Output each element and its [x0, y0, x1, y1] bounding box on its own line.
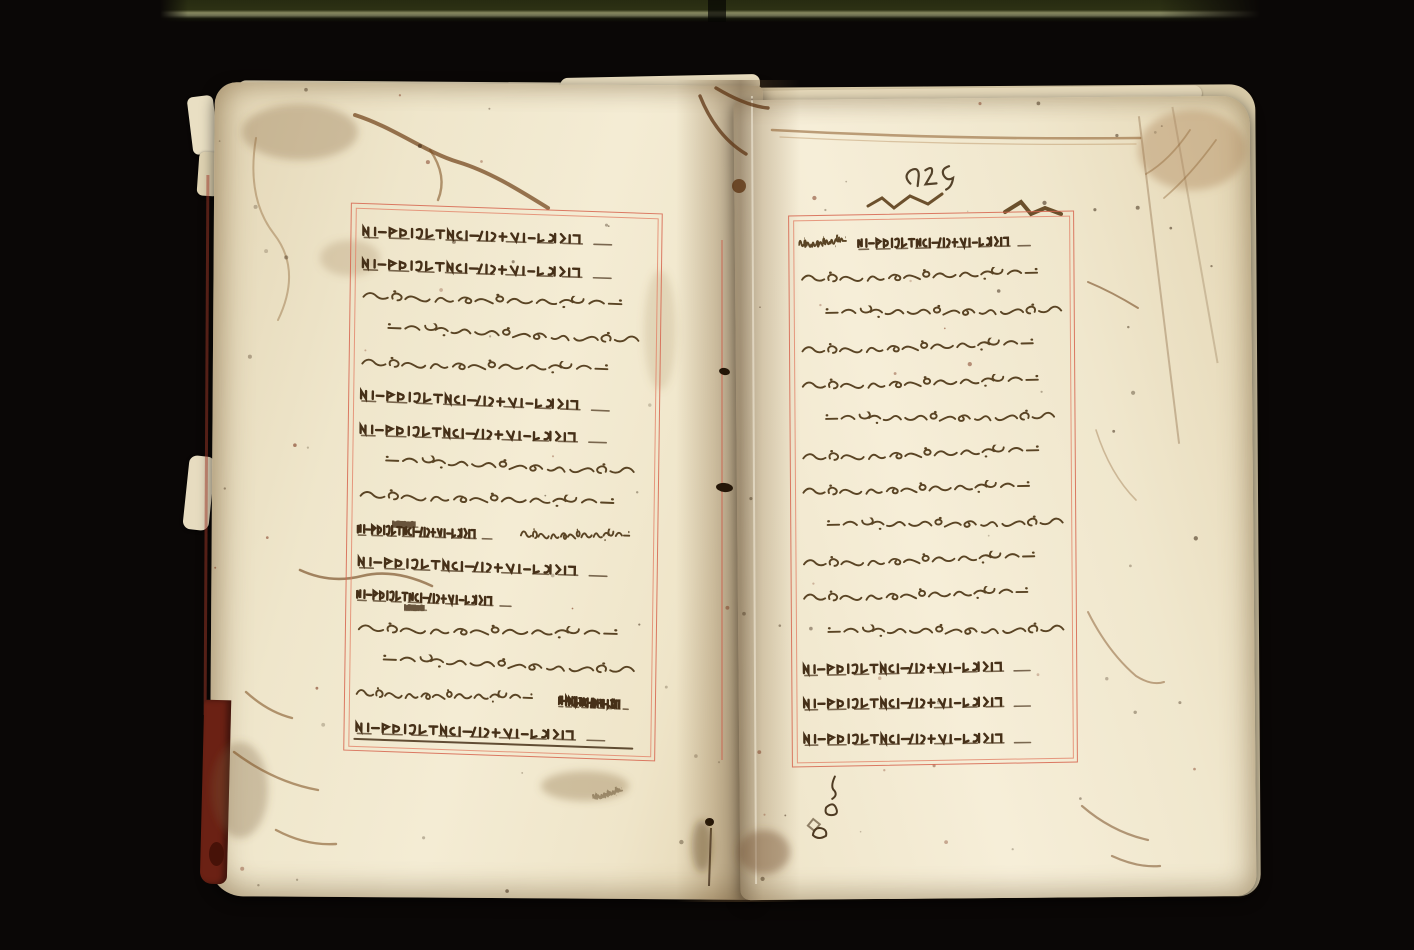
script-line-perso — [359, 320, 642, 347]
manuscript-line — [799, 293, 1065, 332]
script-line-perso — [801, 620, 1067, 642]
binding-stitch-dot — [705, 818, 714, 826]
script-line-sharada — [356, 518, 514, 543]
manuscript-line — [802, 718, 1068, 757]
script-line-perso — [355, 620, 647, 645]
right-text-block — [788, 211, 1078, 768]
interlinear-gloss — [404, 602, 430, 612]
folio-number-strokes — [894, 155, 963, 201]
manuscript-line — [800, 470, 1066, 509]
cover-damage-spot — [209, 842, 224, 866]
manuscript-line — [800, 434, 1066, 473]
script-line-sharada — [358, 419, 647, 448]
catchword-mark: illegible-scribal-catchword — [789, 769, 856, 845]
script-line-sharada — [355, 583, 536, 610]
script-line-perso — [800, 549, 1061, 571]
script-line-sharada — [360, 220, 652, 249]
manuscript-line — [801, 611, 1067, 650]
script-line-sharada — [856, 228, 1058, 253]
manuscript-line — [801, 647, 1067, 686]
red-cover-edge-line — [204, 175, 210, 715]
interlinear-gloss — [392, 518, 422, 529]
manuscript-line — [798, 257, 1064, 296]
script-line-sharada — [557, 690, 639, 713]
script-line-perso — [357, 453, 637, 479]
manuscript-line — [799, 399, 1065, 438]
manuscript-line — [799, 328, 1065, 367]
catchword-strokes — [789, 769, 856, 845]
script-line-perso — [801, 585, 1054, 605]
script-line-perso — [359, 287, 651, 315]
left-text-block — [343, 203, 663, 762]
manuscript-photo: ५२६ illegible-scribal-catchword — [0, 0, 1414, 950]
manuscript-line — [799, 363, 1065, 402]
gutter-red-hairline — [721, 240, 723, 760]
script-line-perso — [799, 407, 1057, 429]
manuscript-line — [800, 540, 1066, 579]
script-line-perso — [799, 336, 1060, 358]
script-line-perso — [798, 234, 851, 251]
script-line-perso — [357, 486, 643, 513]
script-line-perso — [798, 266, 1064, 287]
script-line-perso — [800, 479, 1055, 499]
folio-number: ५२६ — [894, 155, 963, 201]
script-line-sharada — [360, 253, 652, 283]
manuscript-line — [801, 682, 1067, 721]
script-line-perso — [799, 372, 1065, 393]
script-line-sharada — [356, 551, 648, 581]
script-line-perso — [800, 443, 1066, 465]
manuscript-line — [801, 576, 1067, 615]
script-line-sharada — [358, 384, 650, 416]
script-line-perso — [354, 685, 553, 709]
table-edge-shadow-notch — [708, 0, 726, 22]
left-manuscript-lines — [353, 214, 652, 750]
script-line-sharada — [801, 689, 1067, 714]
manuscript-line — [800, 505, 1066, 544]
script-line-perso — [800, 513, 1066, 535]
script-line-perso — [519, 526, 642, 546]
manuscript-line — [798, 222, 1064, 261]
script-line-perso — [799, 301, 1065, 323]
script-line-sharada — [801, 653, 1067, 679]
right-manuscript-lines — [798, 222, 1068, 757]
script-line-sharada — [802, 725, 1068, 748]
script-line-perso — [359, 354, 637, 380]
paper-repair-tab — [182, 455, 216, 531]
script-line-perso — [354, 652, 637, 678]
